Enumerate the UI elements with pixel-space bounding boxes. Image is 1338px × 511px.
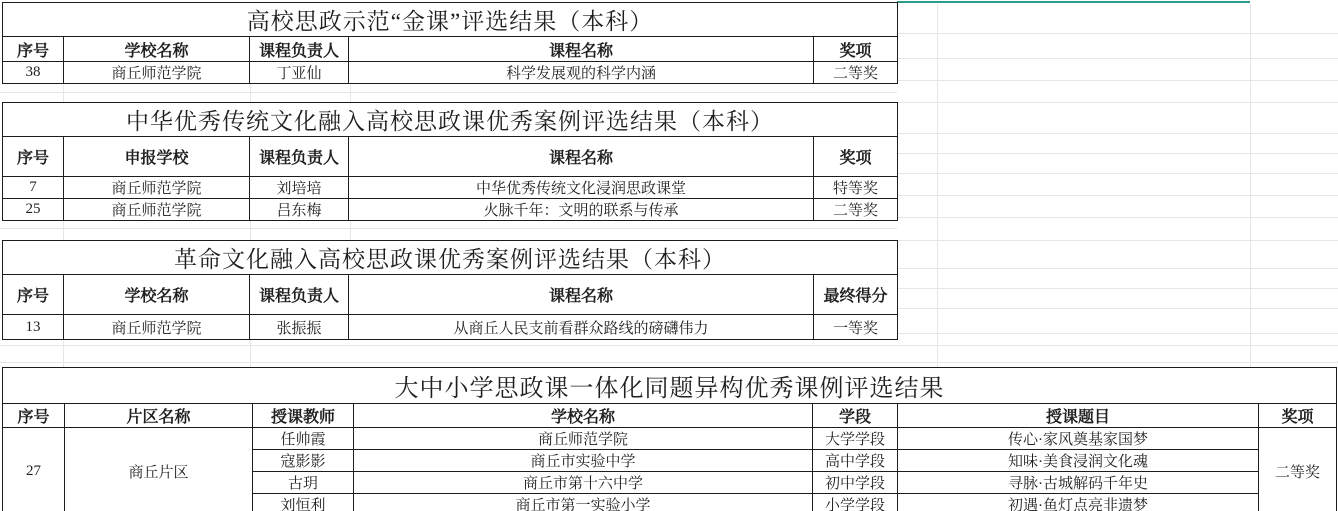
data-cell[interactable]: 小学学段	[813, 494, 898, 511]
gridline	[0, 345, 1338, 346]
data-cell[interactable]: 25	[3, 199, 64, 221]
gridline	[897, 333, 1338, 334]
data-cell-merged-index[interactable]: 27	[3, 428, 65, 511]
header-cell[interactable]: 课程名称	[349, 37, 814, 62]
data-cell[interactable]: 张振振	[250, 315, 349, 340]
spreadsheet-grid: 高校思政示范“金课”评选结果（本科） 序号 学校名称 课程负责人 课程名称 奖项…	[0, 0, 1338, 511]
header-cell[interactable]: 片区名称	[65, 404, 253, 428]
data-cell[interactable]: 商丘市实验中学	[354, 450, 813, 472]
gridline	[0, 92, 897, 93]
table-row: 13 商丘师范学院 张振振 从商丘人民支前看群众路线的磅礴伟力 一等奖	[3, 315, 898, 340]
data-cell[interactable]: 刘培培	[250, 177, 349, 199]
data-cell[interactable]: 刘恒利	[253, 494, 354, 511]
data-cell[interactable]: 商丘市第十六中学	[354, 472, 813, 494]
header-cell[interactable]: 课程负责人	[250, 37, 349, 62]
award-table-revolutionary-culture: 革命文化融入高校思政课优秀案例评选结果（本科） 序号 学校名称 课程负责人 课程…	[2, 240, 898, 340]
data-cell[interactable]: 商丘师范学院	[64, 199, 250, 221]
selection-accent-line	[897, 1, 1250, 3]
data-cell[interactable]: 高中学段	[813, 450, 898, 472]
data-cell[interactable]: 初遇·鱼灯点亮非遗梦	[898, 494, 1259, 511]
table-row: 7 商丘师范学院 刘培培 中华优秀传统文化浸润思政课堂 特等奖	[3, 177, 898, 199]
data-cell[interactable]: 二等奖	[814, 199, 898, 221]
table-row: 25 商丘师范学院 吕东梅 火脉千年：文明的联系与传承 二等奖	[3, 199, 898, 221]
header-cell[interactable]: 奖项	[814, 137, 898, 177]
data-cell[interactable]: 商丘市第一实验小学	[354, 494, 813, 511]
header-cell[interactable]: 课程名称	[349, 275, 814, 315]
data-cell[interactable]: 科学发展观的科学内涵	[349, 62, 814, 84]
header-cell[interactable]: 课程负责人	[250, 137, 349, 177]
gridline	[897, 308, 1338, 309]
data-cell[interactable]: 从商丘人民支前看群众路线的磅礴伟力	[349, 315, 814, 340]
header-cell[interactable]: 序号	[3, 137, 64, 177]
data-cell[interactable]: 38	[3, 62, 64, 84]
award-table-golden-course: 高校思政示范“金课”评选结果（本科） 序号 学校名称 课程负责人 课程名称 奖项…	[2, 2, 898, 84]
gridline	[897, 173, 1338, 174]
data-cell[interactable]: 商丘师范学院	[64, 177, 250, 199]
table-title[interactable]: 高校思政示范“金课”评选结果（本科）	[3, 3, 898, 37]
header-cell[interactable]: 序号	[3, 37, 64, 62]
header-cell[interactable]: 授课教师	[253, 404, 354, 428]
gridline	[897, 288, 1338, 289]
data-cell[interactable]: 二等奖	[814, 62, 898, 84]
gridline	[897, 153, 1338, 154]
gridline	[897, 58, 1338, 59]
data-cell[interactable]: 任帅霞	[253, 428, 354, 450]
data-cell[interactable]: 大学学段	[813, 428, 898, 450]
data-cell[interactable]: 传心·家风奠基家国梦	[898, 428, 1259, 450]
award-table-integrated-lessons: 大中小学思政课一体化同题异构优秀课例评选结果 序号 片区名称 授课教师 学校名称…	[2, 367, 1337, 511]
header-cell[interactable]: 课程名称	[349, 137, 814, 177]
table-title[interactable]: 大中小学思政课一体化同题异构优秀课例评选结果	[3, 368, 1337, 404]
gridline	[897, 80, 1338, 81]
table-title[interactable]: 中华优秀传统文化融入高校思政课优秀案例评选结果（本科）	[3, 103, 898, 137]
header-cell[interactable]: 奖项	[1259, 404, 1337, 428]
data-cell-merged-district[interactable]: 商丘片区	[65, 428, 253, 511]
data-cell[interactable]: 中华优秀传统文化浸润思政课堂	[349, 177, 814, 199]
data-cell[interactable]: 商丘师范学院	[64, 315, 250, 340]
header-cell[interactable]: 最终得分	[814, 275, 898, 315]
data-cell[interactable]: 火脉千年：文明的联系与传承	[349, 199, 814, 221]
table-title[interactable]: 革命文化融入高校思政课优秀案例评选结果（本科）	[3, 241, 898, 275]
header-cell[interactable]: 申报学校	[64, 137, 250, 177]
table-row: 38 商丘师范学院 丁亚仙 科学发展观的科学内涵 二等奖	[3, 62, 898, 84]
data-cell[interactable]: 特等奖	[814, 177, 898, 199]
data-cell-merged-award[interactable]: 二等奖	[1259, 428, 1337, 511]
header-cell[interactable]: 奖项	[814, 37, 898, 62]
data-cell[interactable]: 知味·美食浸润文化魂	[898, 450, 1259, 472]
gridline	[897, 133, 1338, 134]
data-cell[interactable]: 寇影影	[253, 450, 354, 472]
header-cell[interactable]: 学段	[813, 404, 898, 428]
header-cell[interactable]: 序号	[3, 404, 65, 428]
gridline	[897, 240, 1338, 241]
gridline	[897, 102, 1338, 103]
gridline	[897, 33, 1338, 34]
gridline	[897, 217, 1338, 218]
gridline	[897, 195, 1338, 196]
header-cell[interactable]: 课程负责人	[250, 275, 349, 315]
data-cell[interactable]: 吕东梅	[250, 199, 349, 221]
header-cell[interactable]: 序号	[3, 275, 64, 315]
header-cell[interactable]: 授课题目	[898, 404, 1259, 428]
data-cell[interactable]: 丁亚仙	[250, 62, 349, 84]
data-cell[interactable]: 13	[3, 315, 64, 340]
gridline	[937, 4, 938, 367]
gridline	[0, 228, 897, 229]
header-cell[interactable]: 学校名称	[64, 37, 250, 62]
header-cell[interactable]: 学校名称	[64, 275, 250, 315]
gridline	[0, 362, 1338, 363]
data-cell[interactable]: 商丘师范学院	[354, 428, 813, 450]
data-cell[interactable]: 商丘师范学院	[64, 62, 250, 84]
award-table-traditional-culture: 中华优秀传统文化融入高校思政课优秀案例评选结果（本科） 序号 申报学校 课程负责…	[2, 102, 898, 221]
gridline	[1250, 4, 1251, 367]
header-cell[interactable]: 学校名称	[354, 404, 813, 428]
data-cell[interactable]: 7	[3, 177, 64, 199]
data-cell[interactable]: 古玥	[253, 472, 354, 494]
data-cell[interactable]: 寻脉·古城解码千年史	[898, 472, 1259, 494]
data-cell[interactable]: 一等奖	[814, 315, 898, 340]
data-cell[interactable]: 初中学段	[813, 472, 898, 494]
table-row: 27 商丘片区 任帅霞 商丘师范学院 大学学段 传心·家风奠基家国梦 二等奖	[3, 428, 1337, 450]
gridline	[897, 268, 1338, 269]
